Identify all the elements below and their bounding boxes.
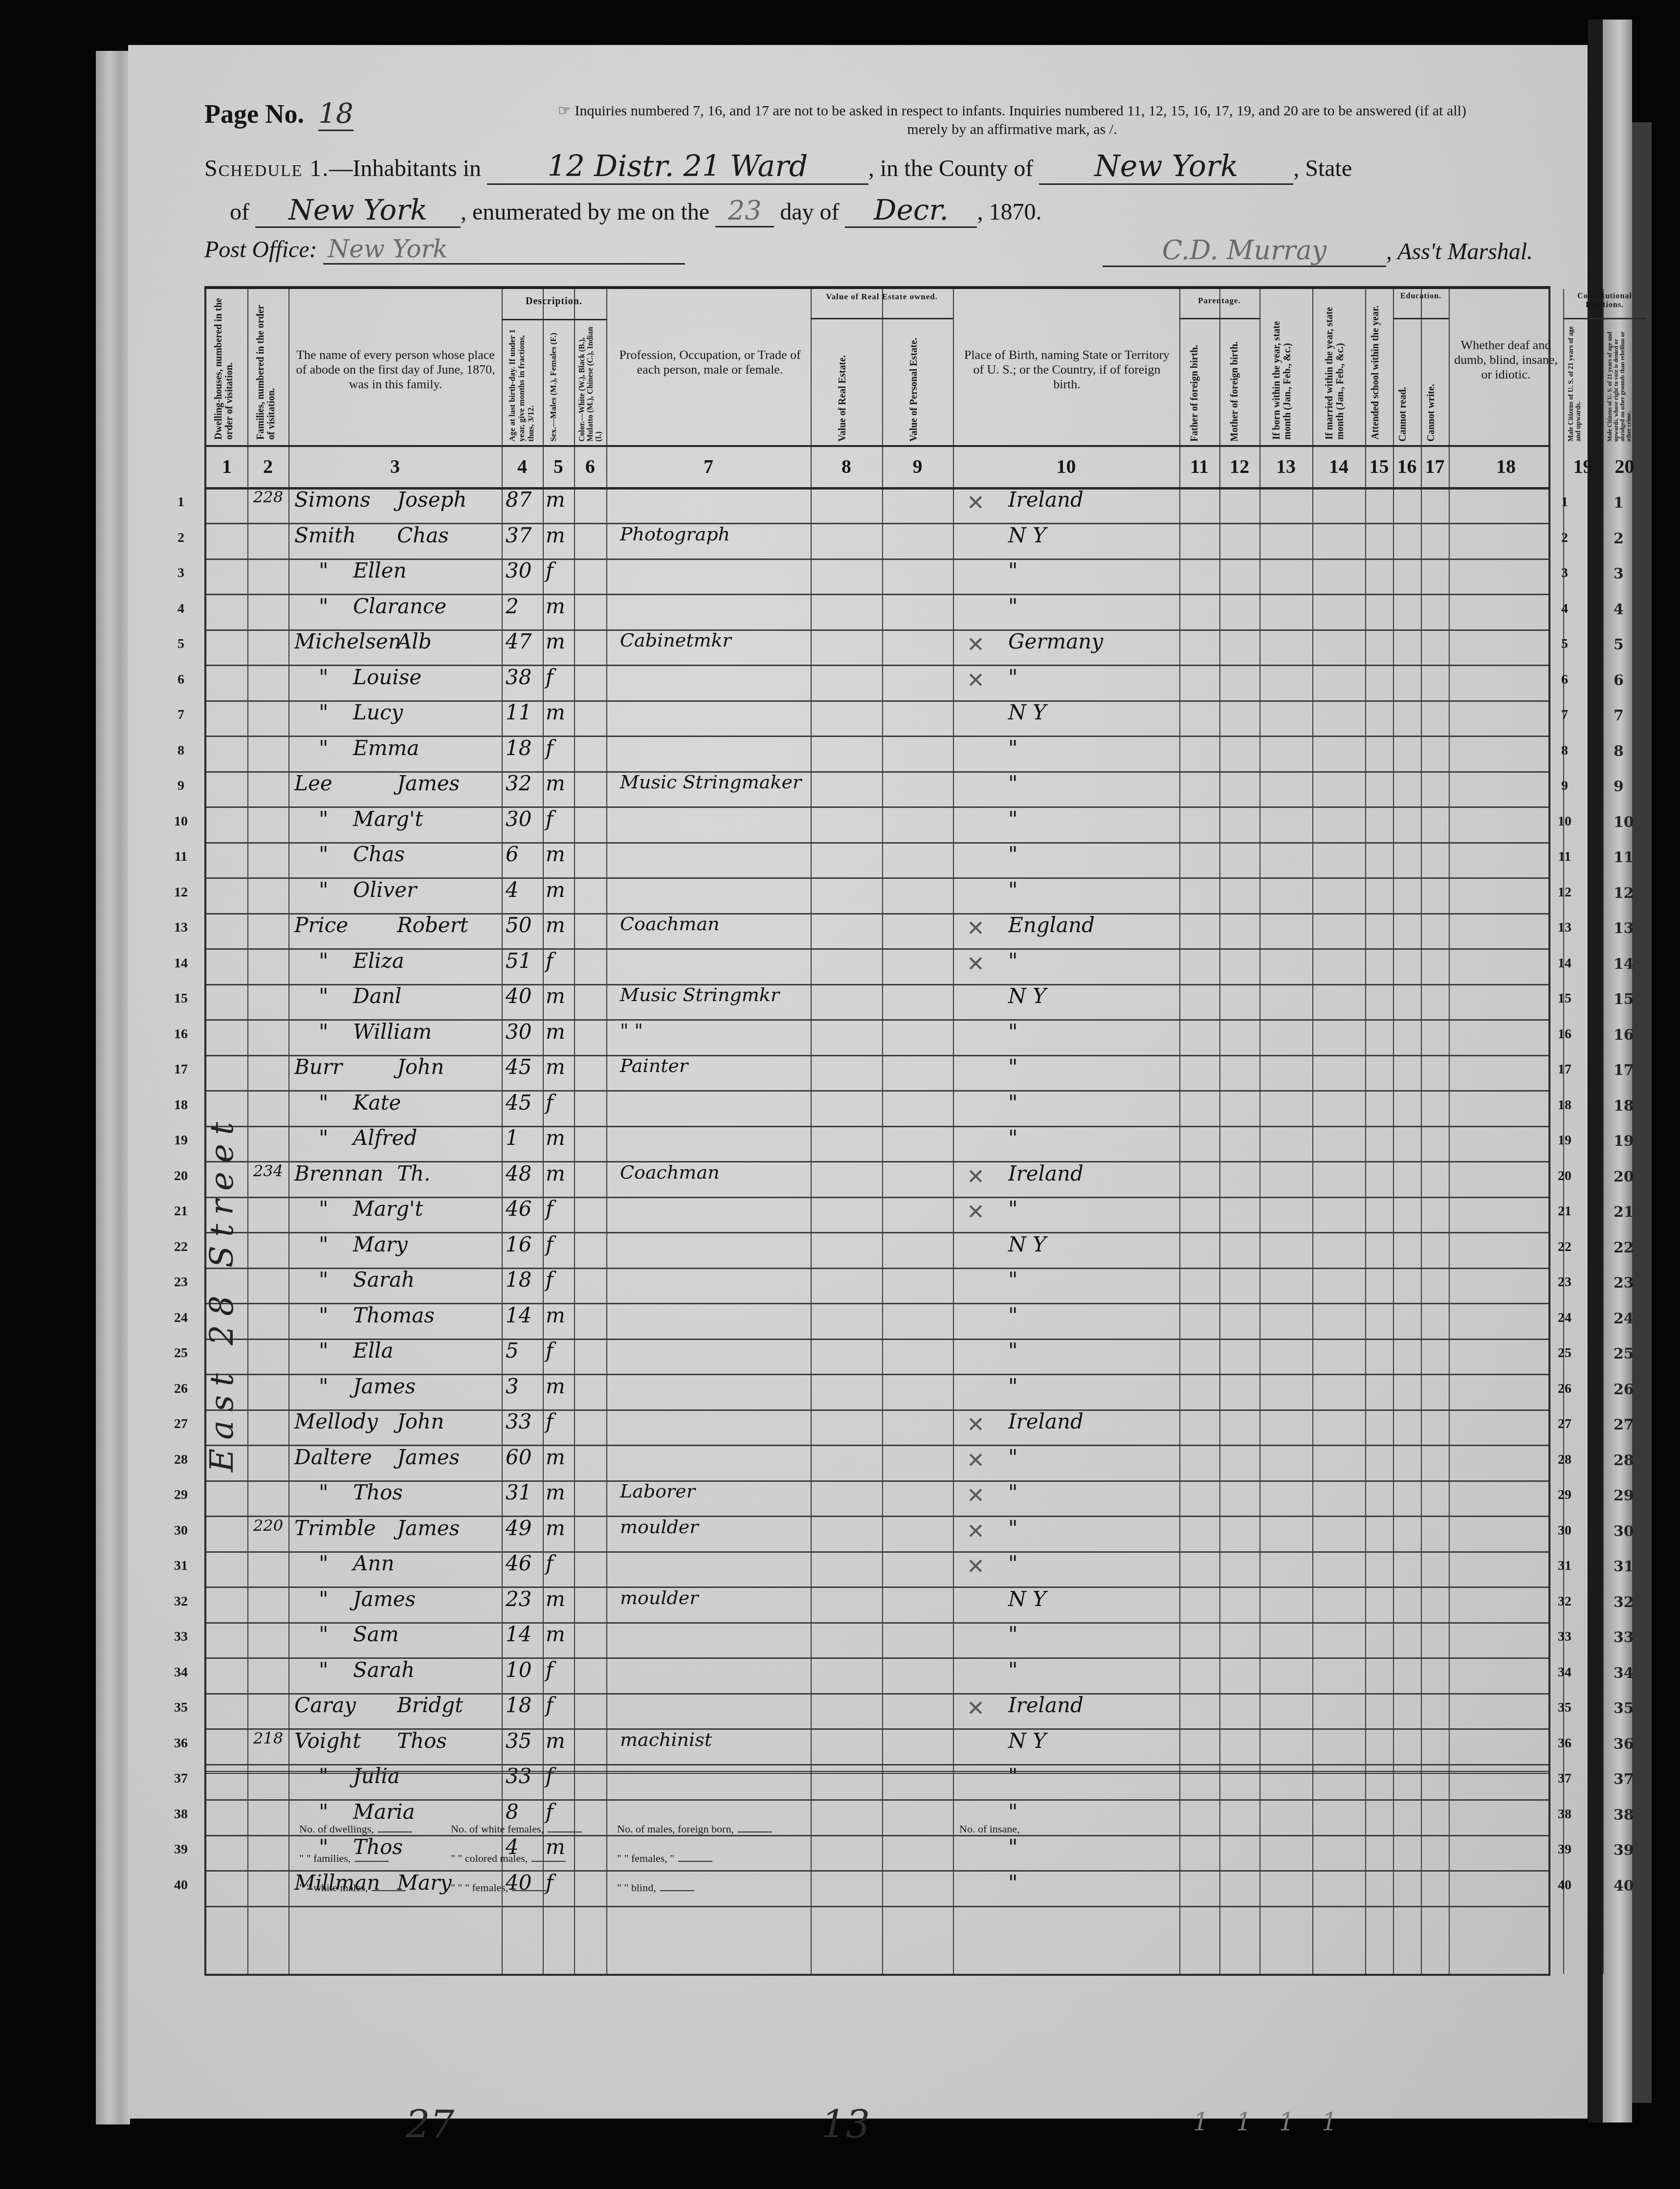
age-cell: 60 bbox=[506, 1445, 531, 1480]
surname-cell: " bbox=[319, 594, 328, 629]
family-cell: 220 bbox=[253, 1516, 283, 1551]
line-number-right: 22 bbox=[1555, 1239, 1574, 1255]
post-office-line: Post Office: New York bbox=[204, 235, 685, 265]
line-number-right: 12 bbox=[1555, 885, 1574, 900]
table-row: 220TrimbleJames49mmoulder"✕ bbox=[206, 1516, 1548, 1553]
birthplace-cell: " bbox=[1008, 736, 1017, 771]
birthplace-cell: N Y bbox=[1008, 700, 1046, 736]
adjacent-line-number: 3 bbox=[1614, 565, 1624, 582]
given-name-cell: William bbox=[353, 1020, 432, 1055]
sex-cell: m bbox=[546, 1622, 565, 1657]
birthplace-cell: " bbox=[1008, 1551, 1017, 1586]
notice-line-1: Inquiries numbered 7, 16, and 17 are not… bbox=[575, 103, 1466, 119]
birthplace-cell: " bbox=[1008, 1622, 1017, 1657]
line-number-left: 3 bbox=[171, 565, 191, 581]
line-number-right: 6 bbox=[1555, 672, 1574, 688]
line-number-right: 4 bbox=[1555, 601, 1574, 617]
column-number-7: 7 bbox=[606, 455, 811, 478]
line-number-left: 34 bbox=[171, 1665, 191, 1680]
district-ward-field: 12 Distr. 21 Ward bbox=[487, 149, 868, 185]
family-cell: 234 bbox=[253, 1162, 283, 1197]
birthplace-cell: " bbox=[1008, 1374, 1017, 1409]
col-11-header: Father of foreign birth. bbox=[1189, 324, 1211, 442]
age-cell: 51 bbox=[506, 949, 531, 984]
line-number-left: 37 bbox=[171, 1771, 191, 1787]
age-cell: 30 bbox=[506, 1020, 531, 1055]
line-number-right: 36 bbox=[1555, 1736, 1574, 1751]
given-name-cell: Sarah bbox=[353, 1658, 415, 1693]
birthplace-cell: Ireland bbox=[1008, 488, 1083, 523]
tally-left: 27 bbox=[406, 2103, 454, 2147]
age-cell: 30 bbox=[506, 558, 531, 594]
page-label: Page No. bbox=[204, 99, 304, 129]
line-number-right: 16 bbox=[1555, 1027, 1574, 1042]
table-row: "Sarah10f" bbox=[206, 1658, 1548, 1695]
sex-cell: m bbox=[546, 1374, 565, 1409]
table-row: LeeJames32mMusic Stringmaker" bbox=[206, 771, 1548, 808]
adjacent-line-number: 7 bbox=[1614, 707, 1624, 724]
given-name-cell: James bbox=[397, 1445, 460, 1480]
surname-cell: " bbox=[319, 842, 328, 877]
summary-females-foreign: " " females, " bbox=[617, 1852, 712, 1865]
sex-cell: m bbox=[546, 1587, 565, 1622]
table-row: "Thomas14m" bbox=[206, 1303, 1548, 1340]
table-row: "Sam14m" bbox=[206, 1622, 1548, 1659]
sex-cell: f bbox=[546, 736, 553, 771]
line-number-right: 21 bbox=[1555, 1204, 1574, 1219]
occupation-cell: moulder bbox=[620, 1516, 699, 1551]
county-label: , in the County of bbox=[868, 156, 1033, 181]
line-number-right: 24 bbox=[1555, 1310, 1574, 1326]
surname-cell: " bbox=[319, 1480, 328, 1516]
given-name-cell: Chas bbox=[397, 523, 449, 558]
adjacent-line-number: 18 bbox=[1614, 1097, 1634, 1115]
sex-cell: m bbox=[546, 1020, 565, 1055]
surname-cell: " bbox=[319, 1658, 328, 1693]
day-of-label: day of bbox=[780, 199, 839, 225]
line-number-right: 18 bbox=[1555, 1097, 1574, 1113]
line-number-left: 28 bbox=[171, 1452, 191, 1468]
birthplace-cell: " bbox=[1008, 1055, 1017, 1090]
adjacent-line-number: 39 bbox=[1614, 1842, 1634, 1859]
surname-cell: " bbox=[319, 1303, 328, 1339]
sex-cell: m bbox=[546, 1055, 565, 1090]
book-binding bbox=[96, 51, 130, 2124]
column-number-18: 18 bbox=[1449, 455, 1563, 478]
surname-cell: " bbox=[319, 1622, 328, 1657]
age-cell: 14 bbox=[506, 1622, 531, 1657]
table-row: "Sarah18f" bbox=[206, 1268, 1548, 1304]
adjacent-line-number: 8 bbox=[1614, 743, 1624, 760]
line-number-left: 10 bbox=[171, 814, 191, 829]
line-number-right: 7 bbox=[1555, 707, 1574, 723]
col-10-header: Place of Birth, naming State or Territor… bbox=[959, 348, 1174, 392]
surname-cell: Caray bbox=[294, 1693, 356, 1728]
given-name-cell: Thos bbox=[397, 1729, 447, 1764]
sex-cell: m bbox=[546, 984, 565, 1019]
column-number-11: 11 bbox=[1179, 455, 1219, 478]
post-office-label: Post Office: bbox=[204, 237, 317, 263]
table-row: PriceRobert50mCoachmanEngland✕ bbox=[206, 913, 1548, 950]
sex-cell: m bbox=[546, 488, 565, 523]
table-row: 228SimonsJoseph87mIreland✕ bbox=[206, 488, 1548, 524]
age-cell: 23 bbox=[506, 1587, 531, 1622]
adjacent-line-number: 29 bbox=[1614, 1487, 1634, 1504]
line-number-right: 1 bbox=[1555, 494, 1574, 510]
family-cell: 218 bbox=[253, 1729, 283, 1764]
schedule-label: Schedule 1. bbox=[204, 156, 329, 181]
adjacent-line-number: 6 bbox=[1614, 672, 1624, 689]
birthplace-cell: " bbox=[1008, 558, 1017, 594]
real-estate-group-header: Value of Real Estate owned. bbox=[811, 289, 953, 319]
column-number-1: 1 bbox=[206, 455, 247, 478]
birthplace-cell: N Y bbox=[1008, 523, 1046, 558]
birthplace-cell: " bbox=[1008, 842, 1017, 877]
table-row: "Thos31mLaborer"✕ bbox=[206, 1480, 1548, 1517]
given-name-cell: Ella bbox=[353, 1339, 394, 1374]
column-number-10: 10 bbox=[953, 455, 1179, 478]
age-cell: 18 bbox=[506, 736, 531, 771]
age-cell: 50 bbox=[506, 913, 531, 948]
summary-white-males: " " white males, bbox=[299, 1881, 406, 1894]
line-number-left: 9 bbox=[171, 778, 191, 794]
column-number-3: 3 bbox=[288, 455, 502, 478]
surname-cell: " bbox=[319, 1020, 328, 1055]
line-number-left: 12 bbox=[171, 885, 191, 900]
table-row: "Marg't30f" bbox=[206, 807, 1548, 844]
post-office-field: New York bbox=[323, 235, 685, 265]
cross-mark-icon: ✕ bbox=[967, 1554, 985, 1579]
line-number-left: 21 bbox=[171, 1204, 191, 1219]
age-cell: 47 bbox=[506, 629, 531, 665]
given-name-cell: James bbox=[397, 771, 460, 806]
sex-cell: m bbox=[546, 1162, 565, 1197]
birthplace-cell: " bbox=[1008, 1339, 1017, 1374]
summary-insane: No. of insane, bbox=[959, 1823, 1019, 1835]
age-cell: 4 bbox=[506, 878, 519, 913]
summary-males-foreign: No. of males, foreign born, bbox=[617, 1823, 772, 1835]
surname-cell: Trimble bbox=[294, 1516, 376, 1551]
col-3-header: The name of every person whose place of … bbox=[294, 348, 497, 392]
line-number-right: 30 bbox=[1555, 1523, 1574, 1539]
given-name-cell: Kate bbox=[353, 1091, 401, 1126]
given-name-cell: John bbox=[397, 1055, 444, 1090]
column-number-14: 14 bbox=[1312, 455, 1365, 478]
line-number-left: 24 bbox=[171, 1310, 191, 1326]
marshal-signature: C.D. Murray bbox=[1103, 235, 1386, 267]
birthplace-cell: " bbox=[1008, 665, 1017, 700]
birthplace-cell: " bbox=[1008, 1658, 1017, 1693]
age-cell: 31 bbox=[506, 1480, 531, 1516]
birthplace-cell: " bbox=[1008, 594, 1017, 629]
summary-families: " " families, bbox=[299, 1852, 389, 1865]
line-number-left: 23 bbox=[171, 1274, 191, 1290]
given-name-cell: Oliver bbox=[353, 878, 417, 913]
surname-cell: Voight bbox=[294, 1729, 361, 1764]
given-name-cell: James bbox=[353, 1587, 416, 1622]
sex-cell: m bbox=[546, 1126, 565, 1161]
given-name-cell: Marg't bbox=[353, 807, 423, 842]
line-number-left: 7 bbox=[171, 707, 191, 723]
line-number-right: 35 bbox=[1555, 1700, 1574, 1716]
birthplace-cell: " bbox=[1008, 1197, 1017, 1232]
col-2-header: Families, numbered in the order of visit… bbox=[255, 298, 286, 440]
column-number-row: 1234567891011121314151617181920 bbox=[206, 445, 1548, 490]
birthplace-cell: Ireland bbox=[1008, 1409, 1083, 1445]
table-row: "Louise38f"✕ bbox=[206, 665, 1548, 702]
birthplace-cell: " bbox=[1008, 1516, 1017, 1551]
line-number-left: 22 bbox=[171, 1239, 191, 1255]
adjacent-line-number: 13 bbox=[1614, 920, 1634, 937]
surname-cell: " bbox=[319, 1339, 328, 1374]
birthplace-cell: " bbox=[1008, 807, 1017, 842]
year-label: , 1870. bbox=[977, 199, 1041, 225]
line-number-right: 5 bbox=[1555, 636, 1574, 652]
line-number-right: 33 bbox=[1555, 1629, 1574, 1645]
birthplace-cell: Germany bbox=[1008, 629, 1103, 665]
adjacent-line-number: 37 bbox=[1614, 1771, 1634, 1788]
surname-cell: Smith bbox=[294, 523, 356, 558]
col-15-header: Attended school within the year. bbox=[1370, 298, 1390, 440]
birthplace-cell: " bbox=[1008, 1126, 1017, 1161]
given-name-cell: Marg't bbox=[353, 1197, 423, 1232]
col-19-header: Male Citizens of U. S. of 21 years of ag… bbox=[1568, 324, 1599, 442]
tally-right: 1 1 1 1 bbox=[1193, 2108, 1347, 2136]
summary-colored-males: " " colored males, bbox=[451, 1852, 566, 1865]
page-number-label: Page No. 18 bbox=[204, 98, 354, 131]
surname-cell: " bbox=[319, 949, 328, 984]
birthplace-cell: " bbox=[1008, 1480, 1017, 1516]
sex-cell: f bbox=[546, 1091, 553, 1126]
surname-cell: " bbox=[319, 1374, 328, 1409]
sex-cell: f bbox=[546, 1409, 553, 1445]
line-number-right: 31 bbox=[1555, 1558, 1574, 1574]
adjacent-line-number: 26 bbox=[1614, 1381, 1634, 1398]
col-8-header: Value of Real Estate. bbox=[837, 324, 857, 442]
col-14-header: If married within the year, state month … bbox=[1324, 298, 1353, 440]
given-name-cell: James bbox=[397, 1516, 460, 1551]
adjacent-line-number: 23 bbox=[1614, 1274, 1634, 1292]
adjacent-line-number: 21 bbox=[1614, 1204, 1634, 1221]
surname-cell: Lee bbox=[294, 771, 332, 806]
surname-cell: Burr bbox=[294, 1055, 342, 1090]
birthplace-cell: " bbox=[1008, 1268, 1017, 1303]
occupation-cell: Painter bbox=[620, 1055, 688, 1090]
state-field: New York bbox=[255, 193, 461, 228]
col-5-header: Sex.—Males (M.), Females (F.) bbox=[549, 324, 571, 442]
sex-cell: f bbox=[546, 1551, 553, 1586]
adjacent-line-number: 12 bbox=[1614, 885, 1634, 902]
given-name-cell: Sarah bbox=[353, 1268, 415, 1303]
line-number-right: 39 bbox=[1555, 1842, 1574, 1857]
table-row: "Alfred1m" bbox=[206, 1126, 1548, 1162]
age-cell: 46 bbox=[506, 1197, 531, 1232]
table-row: "Ellen30f" bbox=[206, 558, 1548, 595]
line-number-left: 26 bbox=[171, 1381, 191, 1397]
col-7-header: Profession, Occupation, or Trade of each… bbox=[617, 348, 803, 377]
birthplace-cell: N Y bbox=[1008, 1587, 1046, 1622]
surname-cell: Michelsen bbox=[294, 629, 401, 665]
line-number-right: 38 bbox=[1555, 1807, 1574, 1822]
given-name-cell: Ellen bbox=[353, 558, 406, 594]
tally-center: 13 bbox=[821, 2103, 870, 2147]
table-row: "Emma18f" bbox=[206, 736, 1548, 773]
constitutional-group-header: Constitutional Relations. bbox=[1563, 289, 1646, 319]
sex-cell: m bbox=[546, 523, 565, 558]
given-name-cell: Chas bbox=[353, 842, 405, 877]
cross-mark-icon: ✕ bbox=[967, 668, 985, 693]
sex-cell: m bbox=[546, 913, 565, 948]
occupation-cell: Photograph bbox=[620, 523, 730, 558]
state-label: , State bbox=[1293, 156, 1352, 181]
column-number-2: 2 bbox=[247, 455, 288, 478]
table-row: SmithChas37mPhotographN Y bbox=[206, 523, 1548, 560]
col-1-header: Dwelling-houses, numbered in the order o… bbox=[213, 298, 243, 440]
line-number-left: 4 bbox=[171, 601, 191, 617]
line-number-left: 27 bbox=[171, 1416, 191, 1432]
table-row: "Danl40mMusic StringmkrN Y bbox=[206, 984, 1548, 1021]
column-number-8: 8 bbox=[811, 455, 882, 478]
col-4-header: Age at last birth-day. If under 1 year, … bbox=[508, 324, 539, 442]
cross-mark-icon: ✕ bbox=[967, 952, 985, 977]
age-cell: 35 bbox=[506, 1729, 531, 1764]
adjacent-line-number: 30 bbox=[1614, 1523, 1634, 1540]
occupation-cell: Music Stringmaker bbox=[620, 771, 801, 806]
column-number-16: 16 bbox=[1393, 455, 1421, 478]
adjacent-line-number: 22 bbox=[1614, 1239, 1634, 1256]
surname-cell: " bbox=[319, 1126, 328, 1161]
birthplace-cell: " bbox=[1008, 878, 1017, 913]
of-label: of bbox=[230, 199, 249, 225]
line-number-right: 34 bbox=[1555, 1665, 1574, 1680]
age-cell: 10 bbox=[506, 1658, 531, 1693]
day-field: 23 bbox=[715, 195, 774, 227]
given-name-cell: Mary bbox=[353, 1232, 408, 1268]
age-cell: 18 bbox=[506, 1693, 531, 1728]
page-summary: No. of dwellings, " " families, " " whit… bbox=[206, 1771, 1548, 1975]
adjacent-line-number: 33 bbox=[1614, 1629, 1634, 1646]
col-9-header: Value of Personal Estate. bbox=[908, 324, 928, 442]
line-number-right: 29 bbox=[1555, 1487, 1574, 1503]
schedule-line: Schedule 1.—Inhabitants in 12 Distr. 21 … bbox=[204, 149, 1352, 185]
column-number-13: 13 bbox=[1260, 455, 1312, 478]
surname-cell: Mellody bbox=[294, 1409, 378, 1445]
surname-cell: Daltere bbox=[294, 1445, 372, 1480]
sex-cell: f bbox=[546, 1658, 553, 1693]
birthplace-cell: " bbox=[1008, 1445, 1017, 1480]
occupation-cell: Coachman bbox=[620, 1162, 720, 1197]
adjacent-line-number: 1 bbox=[1614, 494, 1624, 512]
given-name-cell: John bbox=[397, 1409, 444, 1445]
sex-cell: f bbox=[546, 1693, 553, 1728]
age-cell: 48 bbox=[506, 1162, 531, 1197]
birthplace-cell: N Y bbox=[1008, 1729, 1046, 1764]
age-cell: 49 bbox=[506, 1516, 531, 1551]
cross-mark-icon: ✕ bbox=[967, 632, 985, 657]
table-row: "Mary16fN Y bbox=[206, 1232, 1548, 1269]
col-13-header: If born within the year, state month (Ja… bbox=[1271, 298, 1301, 440]
state-date-line: of New York, enumerated by me on the 23 … bbox=[230, 193, 1041, 228]
table-row: "James3m" bbox=[206, 1374, 1548, 1411]
sex-cell: f bbox=[546, 665, 553, 700]
cross-mark-icon: ✕ bbox=[967, 1164, 985, 1189]
col-divider bbox=[1603, 289, 1604, 1974]
age-cell: 11 bbox=[506, 700, 531, 736]
line-number-left: 8 bbox=[171, 743, 191, 759]
table-row: 234BrennanTh.48mCoachmanIreland✕ bbox=[206, 1162, 1548, 1198]
birthplace-cell: Ireland bbox=[1008, 1693, 1083, 1728]
cross-mark-icon: ✕ bbox=[967, 1696, 985, 1721]
occupation-cell: Coachman bbox=[620, 913, 720, 948]
summary-colored-females: " " " females, bbox=[451, 1881, 546, 1894]
line-number-left: 19 bbox=[171, 1133, 191, 1148]
sex-cell: m bbox=[546, 1480, 565, 1516]
marshal-line: C.D. Murray, Ass't Marshal. bbox=[1103, 235, 1533, 267]
sex-cell: m bbox=[546, 594, 565, 629]
enumerated-label: , enumerated by me on the bbox=[461, 199, 709, 225]
line-number-right: 3 bbox=[1555, 565, 1574, 581]
given-name-cell: James bbox=[353, 1374, 416, 1409]
table-row: "Clarance2m" bbox=[206, 594, 1548, 631]
line-number-left: 32 bbox=[171, 1594, 191, 1609]
age-cell: 1 bbox=[506, 1126, 519, 1161]
table-row: "Marg't46f"✕ bbox=[206, 1197, 1548, 1233]
parentage-group-header: Parentage. bbox=[1179, 289, 1260, 319]
column-number-9: 9 bbox=[882, 455, 953, 478]
surname-cell: " bbox=[319, 1268, 328, 1303]
col-16-header: Cannot read. bbox=[1397, 324, 1417, 442]
given-name-cell: Bridgt bbox=[397, 1693, 463, 1728]
line-number-right: 13 bbox=[1555, 920, 1574, 936]
line-number-left: 39 bbox=[171, 1842, 191, 1857]
cross-mark-icon: ✕ bbox=[967, 916, 985, 941]
adjacent-line-number: 27 bbox=[1614, 1416, 1634, 1433]
marshal-label: , Ass't Marshal. bbox=[1386, 239, 1533, 265]
cross-mark-icon: ✕ bbox=[967, 1448, 985, 1473]
adjacent-line-number: 10 bbox=[1614, 814, 1634, 831]
line-number-right: 28 bbox=[1555, 1452, 1574, 1468]
adjacent-line-number: 20 bbox=[1614, 1168, 1634, 1185]
line-number-left: 6 bbox=[171, 672, 191, 688]
line-number-right: 9 bbox=[1555, 778, 1574, 794]
sex-cell: m bbox=[546, 1516, 565, 1551]
cross-mark-icon: ✕ bbox=[967, 491, 985, 515]
cross-mark-icon: ✕ bbox=[967, 1483, 985, 1508]
given-name-cell: Danl bbox=[353, 984, 401, 1019]
adjacent-line-number: 34 bbox=[1614, 1665, 1634, 1682]
surname-cell: " bbox=[319, 736, 328, 771]
table-row: CarayBridgt18fIreland✕ bbox=[206, 1693, 1548, 1730]
line-number-left: 33 bbox=[171, 1629, 191, 1645]
column-number-5: 5 bbox=[543, 455, 574, 478]
description-group-header: Description. bbox=[502, 289, 606, 320]
table-row: DaltereJames60m"✕ bbox=[206, 1445, 1548, 1482]
adjacent-line-number: 24 bbox=[1614, 1310, 1634, 1327]
surname-cell: Price bbox=[294, 913, 348, 948]
column-number-12: 12 bbox=[1219, 455, 1260, 478]
line-number-left: 5 bbox=[171, 636, 191, 652]
line-number-right: 10 bbox=[1555, 814, 1574, 829]
table-row: "Eliza51f"✕ bbox=[206, 949, 1548, 985]
line-number-left: 25 bbox=[171, 1345, 191, 1361]
birthplace-cell: " bbox=[1008, 771, 1017, 806]
surname-cell: " bbox=[319, 1091, 328, 1126]
table-row: "Ella5f" bbox=[206, 1339, 1548, 1375]
adjacent-line-number: 32 bbox=[1614, 1594, 1634, 1611]
surname-cell: " bbox=[319, 1551, 328, 1586]
line-number-left: 15 bbox=[171, 991, 191, 1006]
cross-mark-icon: ✕ bbox=[967, 1412, 985, 1437]
